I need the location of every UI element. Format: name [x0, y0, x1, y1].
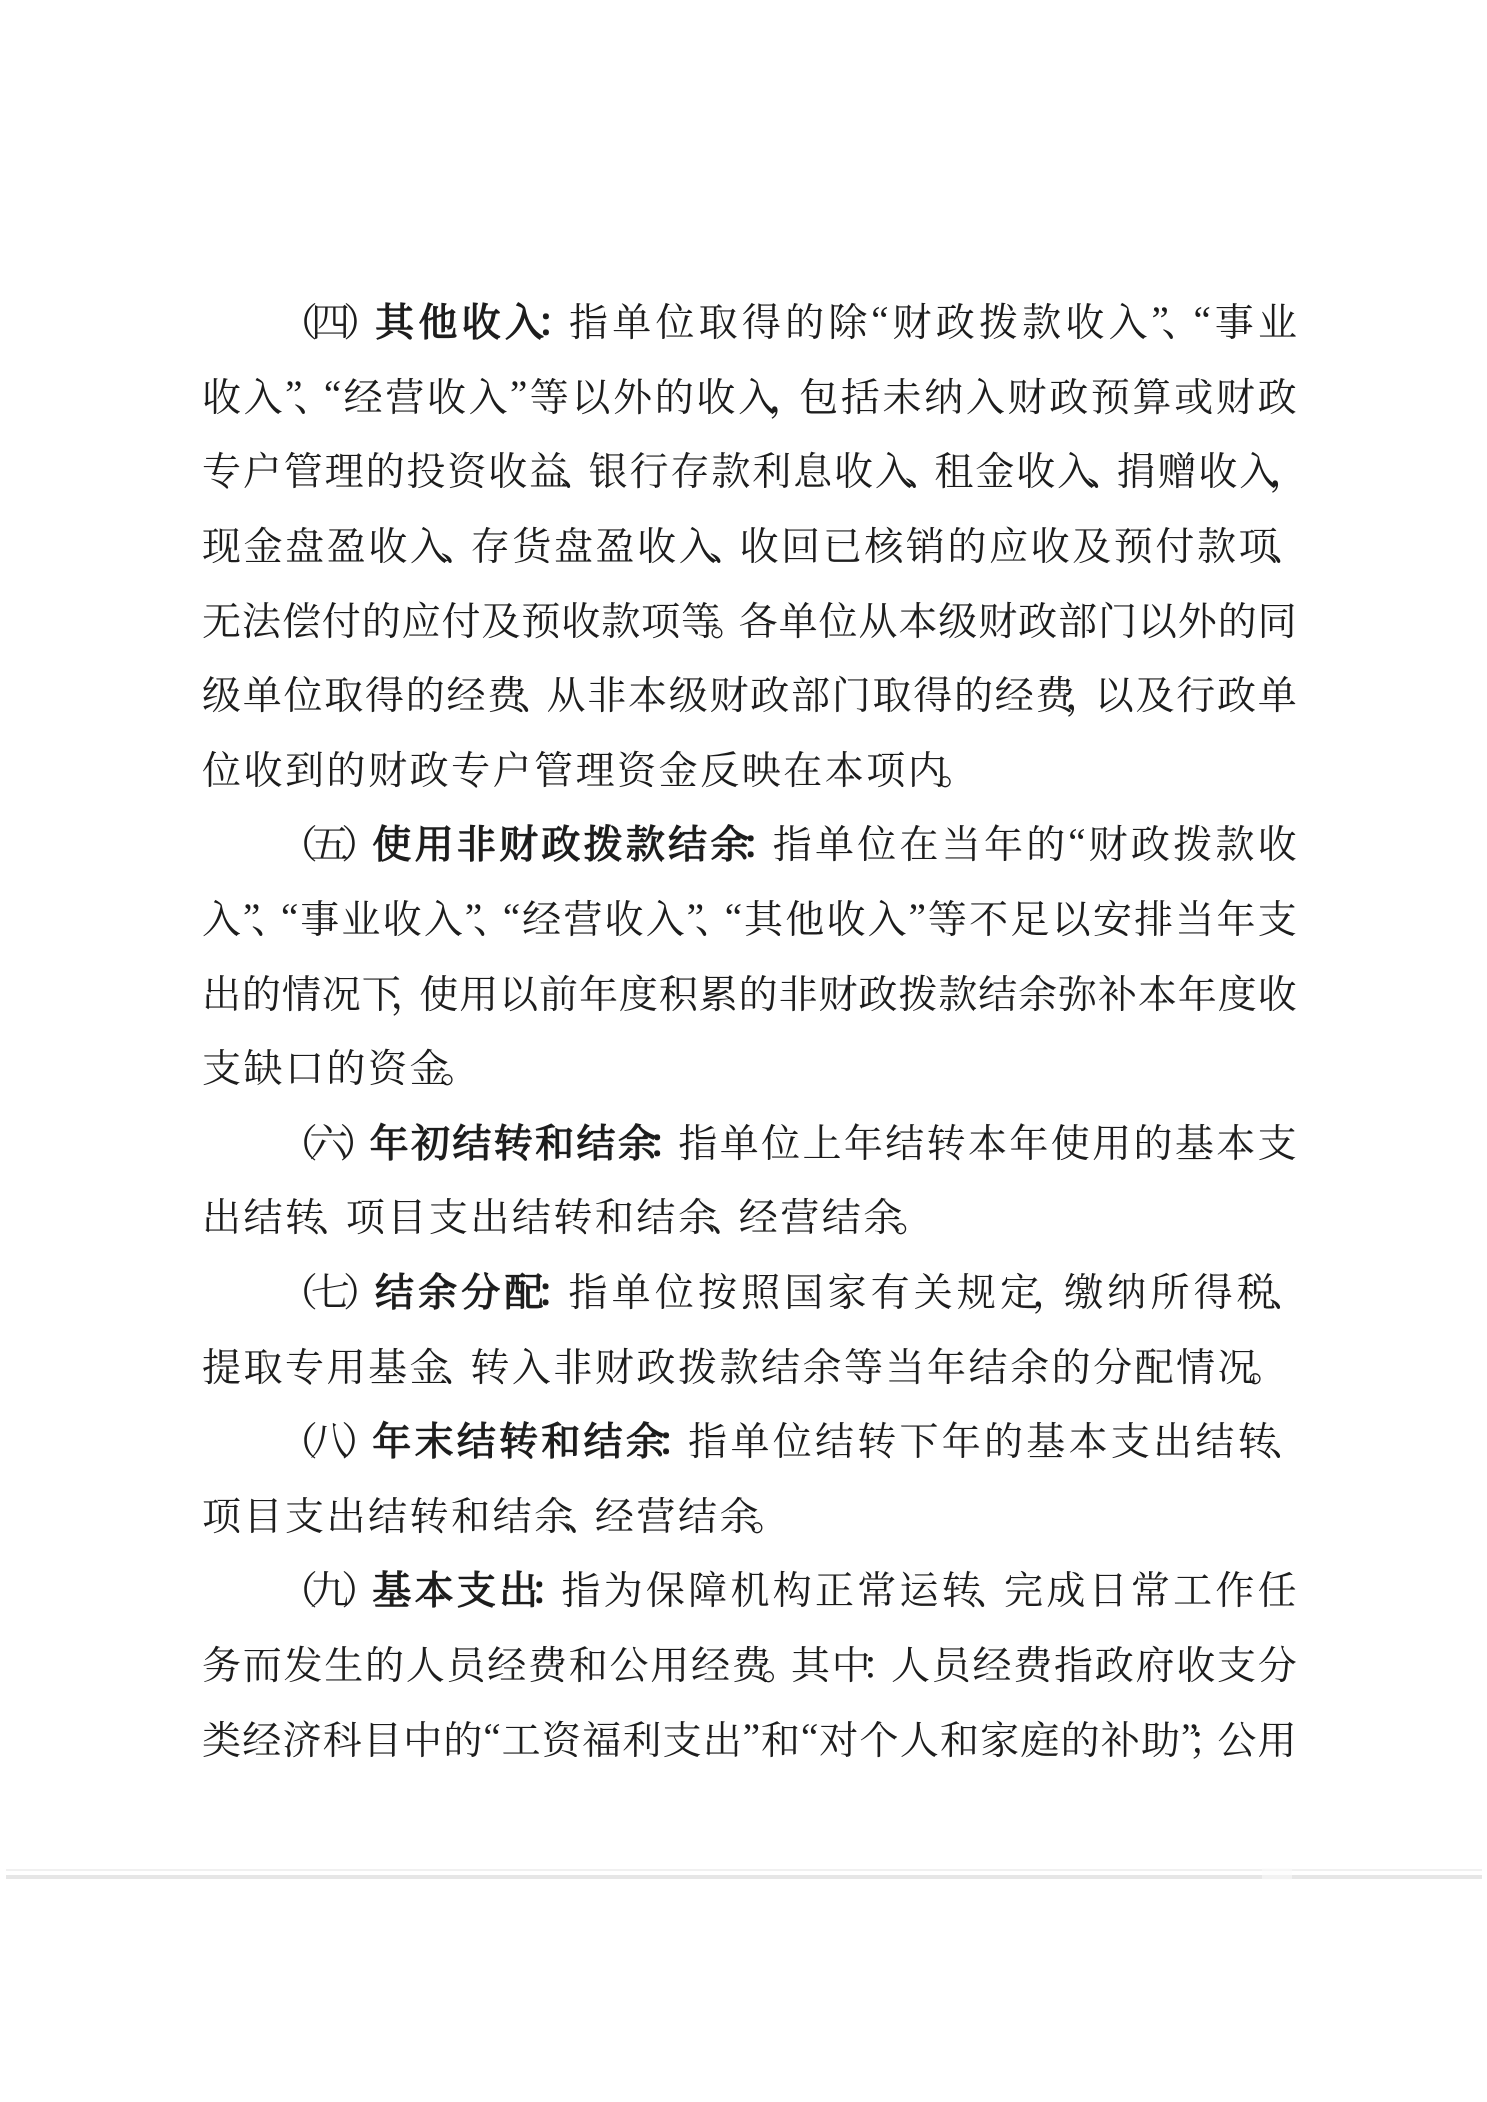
glyph: 的 — [785, 292, 824, 348]
glyph: 个 — [859, 1710, 898, 1766]
glyph: 核 — [864, 516, 903, 572]
glyph: 政 — [1217, 665, 1256, 721]
glyph: 本 — [898, 591, 937, 647]
glyph: 经 — [522, 889, 561, 945]
glyph: 结 — [368, 1486, 407, 1542]
glyph: 上 — [803, 1113, 842, 1169]
glyph: 支 — [1258, 1113, 1297, 1169]
term-glyph: 年 — [372, 1411, 411, 1467]
text-line: 务而发生的人员经费和公用经费。其中：人员经费指政府收支分 — [202, 1626, 1297, 1701]
text-line: 出结转、项目支出结转和结余、经营结余。 — [202, 1178, 1297, 1253]
glyph: 转 — [857, 1411, 896, 1467]
glyph: 资 — [368, 1038, 407, 1094]
glyph: 偿 — [282, 591, 321, 647]
glyph: 他 — [785, 889, 824, 945]
glyph: 余 — [1010, 1337, 1049, 1393]
glyph: 经 — [995, 665, 1034, 721]
glyph: 利 — [622, 1710, 661, 1766]
glyph: 补 — [1101, 1710, 1140, 1766]
glyph: 政 — [1049, 367, 1088, 423]
glyph: 捐 — [1117, 441, 1156, 497]
term-glyph: 结 — [577, 1113, 616, 1169]
glyph: 管 — [534, 740, 573, 796]
glyph: 拨 — [1173, 814, 1212, 870]
text-line: （六）年初结转和结余：指单位上年结转本年使用的基本支 — [202, 1104, 1297, 1179]
glyph: 单 — [243, 665, 282, 721]
glyph: 拨 — [979, 292, 1018, 348]
glyph: 中 — [403, 1710, 442, 1766]
glyph: 人 — [900, 1710, 939, 1766]
glyph: ） — [351, 1113, 368, 1169]
glyph: 收 — [427, 367, 466, 423]
glyph: 结 — [885, 1113, 924, 1169]
glyph: 的 — [362, 591, 401, 647]
glyph: 款 — [1215, 814, 1254, 870]
glyph: 投 — [406, 441, 445, 497]
glyph: 收 — [1176, 1635, 1215, 1691]
glyph: 的 — [655, 367, 694, 423]
glyph: 的 — [365, 1635, 404, 1691]
glyph: 的 — [443, 1710, 482, 1766]
glyph: ， — [1076, 665, 1093, 721]
glyph: 支 — [285, 1486, 324, 1542]
glyph: 外 — [1178, 591, 1217, 647]
glyph: 成 — [1046, 1560, 1085, 1616]
glyph: 位 — [761, 1113, 800, 1169]
glyph: 和 — [940, 1710, 979, 1766]
glyph: 外 — [613, 367, 652, 423]
glyph: 的 — [947, 516, 986, 572]
glyph: 入 — [512, 1337, 551, 1393]
glyph: 前 — [539, 964, 578, 1020]
glyph: 收 — [740, 516, 779, 572]
glyph: 及 — [1136, 665, 1175, 721]
glyph: 位 — [655, 1262, 694, 1318]
glyph: 预 — [1114, 516, 1153, 572]
glyph: 的 — [1218, 591, 1257, 647]
glyph: 的 — [1134, 1113, 1173, 1169]
glyph: 对 — [819, 1710, 858, 1766]
term-glyph: 结 — [452, 1113, 491, 1169]
glyph: 存 — [471, 516, 510, 572]
glyph: 位 — [284, 665, 323, 721]
glyph: 、 — [1280, 1262, 1297, 1318]
glyph: 务 — [202, 1635, 241, 1691]
glyph: 其 — [791, 1635, 830, 1691]
glyph: 年 — [1009, 1113, 1048, 1169]
glyph: 的 — [327, 1038, 366, 1094]
glyph: 从 — [858, 591, 897, 647]
term-glyph: 收 — [462, 292, 501, 348]
glyph: 的 — [406, 665, 445, 721]
glyph: 财 — [1216, 367, 1255, 423]
glyph: 款 — [711, 441, 750, 497]
glyph: 所 — [1150, 1262, 1189, 1318]
glyph: ： — [873, 1635, 890, 1691]
glyph: 员 — [932, 1635, 971, 1691]
glyph: 政 — [636, 1337, 675, 1393]
glyph: 结 — [1195, 1411, 1234, 1467]
glyph: 情 — [1176, 1337, 1215, 1393]
glyph: 部 — [1058, 591, 1097, 647]
glyph: 、 — [576, 1486, 593, 1542]
glyph: 位 — [819, 591, 858, 647]
glyph: 常 — [857, 1560, 896, 1616]
glyph: 。 — [1259, 1337, 1276, 1393]
glyph: 非 — [587, 665, 626, 721]
glyph: 转 — [553, 1187, 592, 1243]
glyph: 位 — [655, 292, 694, 348]
glyph: 专 — [285, 1337, 324, 1393]
glyph: 单 — [779, 591, 818, 647]
term-glyph: 政 — [541, 814, 580, 870]
glyph: 按 — [698, 1262, 737, 1318]
glyph: 日 — [1089, 1560, 1128, 1616]
glyph: 单 — [815, 814, 854, 870]
glyph: 到 — [285, 740, 324, 796]
glyph: 任 — [1258, 1560, 1297, 1616]
glyph: 理 — [325, 441, 364, 497]
glyph: 以 — [1095, 665, 1134, 721]
glyph: 等 — [844, 1337, 883, 1393]
glyph: 反 — [700, 740, 739, 796]
glyph: 付 — [322, 591, 361, 647]
glyph: 括 — [841, 367, 880, 423]
term-glyph: 他 — [418, 292, 457, 348]
glyph: 结 — [815, 1411, 854, 1467]
term-glyph: ： — [659, 1113, 676, 1169]
glyph: 预 — [521, 591, 560, 647]
glyph: 收 — [826, 889, 865, 945]
glyph: 人 — [891, 1635, 930, 1691]
glyph: 国 — [784, 1262, 823, 1318]
glyph: 应 — [402, 591, 441, 647]
glyph: 当 — [942, 814, 981, 870]
glyph: ； — [1199, 1710, 1216, 1766]
glyph: 取 — [324, 665, 363, 721]
glyph: 发 — [284, 1635, 323, 1691]
glyph: 目 — [387, 1187, 426, 1243]
glyph: 年 — [927, 1337, 966, 1393]
text-block: （四）其他收入：指单位取得的除“财政拨款收入”、“事业收入”、“经营收入”等以外… — [202, 283, 1297, 1775]
glyph: 年 — [844, 1113, 883, 1169]
glyph: 同 — [1258, 591, 1297, 647]
page-divider-line — [6, 1869, 1482, 1871]
glyph: 费 — [1013, 1635, 1052, 1691]
glyph: 的 — [984, 1411, 1023, 1467]
glyph: “ — [484, 1715, 501, 1760]
glyph: 不 — [969, 889, 1008, 945]
glyph: 常 — [1131, 1560, 1170, 1616]
glyph: 员 — [447, 1635, 486, 1691]
glyph: 赠 — [1158, 441, 1197, 497]
glyph: 、 — [451, 516, 468, 572]
glyph: 家 — [980, 1710, 1019, 1766]
glyph: 纳 — [1107, 1262, 1146, 1318]
glyph: 完 — [1004, 1560, 1043, 1616]
glyph: 和 — [451, 1486, 490, 1542]
glyph: 的 — [327, 740, 366, 796]
glyph: ” — [743, 1715, 760, 1760]
glyph: 度 — [619, 964, 658, 1020]
glyph: 款 — [719, 1337, 758, 1393]
glyph: 位 — [857, 814, 896, 870]
glyph: 指 — [688, 1411, 727, 1467]
glyph: 和 — [569, 1635, 608, 1691]
glyph: 收 — [1031, 516, 1070, 572]
glyph: 入 — [202, 889, 241, 945]
glyph: 工 — [1173, 1560, 1212, 1616]
glyph: 本 — [628, 665, 667, 721]
glyph: 算 — [1133, 367, 1172, 423]
glyph: 收 — [202, 367, 241, 423]
glyph: 款 — [601, 591, 640, 647]
text-line: （七）结余分配：指单位按照国家有关规定，缴纳所得税、 — [202, 1253, 1297, 1328]
glyph: 提 — [202, 1337, 241, 1393]
term-glyph: 余 — [418, 1262, 457, 1318]
glyph: 结 — [512, 1187, 551, 1243]
glyph: 专 — [202, 441, 241, 497]
glyph: 的 — [366, 441, 405, 497]
glyph: 包 — [799, 367, 838, 423]
glyph: 用 — [650, 1635, 689, 1691]
glyph: 和 — [595, 1187, 634, 1243]
glyph: ） — [354, 292, 371, 348]
glyph: 的 — [739, 964, 778, 1020]
glyph: 照 — [741, 1262, 780, 1318]
glyph: 转 — [470, 1337, 509, 1393]
glyph: 、 — [570, 441, 587, 497]
glyph: 收 — [368, 516, 407, 572]
glyph: 政 — [1258, 367, 1297, 423]
glyph: 入 — [244, 367, 283, 423]
glyph: 结 — [761, 1337, 800, 1393]
glyph: 货 — [512, 516, 551, 572]
glyph: 结 — [244, 1187, 283, 1243]
glyph: 。 — [773, 1635, 790, 1691]
glyph: 专 — [451, 740, 490, 796]
glyph: 付 — [442, 591, 481, 647]
glyph: 盈 — [327, 516, 366, 572]
glyph: 人 — [406, 1635, 445, 1691]
glyph: 安 — [1093, 889, 1132, 945]
glyph: 资 — [617, 740, 656, 796]
glyph: “ — [1069, 820, 1086, 865]
glyph: 收 — [1065, 292, 1104, 348]
glyph: 工 — [502, 1710, 541, 1766]
glyph: 的 — [1052, 1337, 1091, 1393]
glyph: 费 — [528, 1635, 567, 1691]
glyph: 财 — [368, 740, 407, 796]
glyph: 下 — [900, 1411, 939, 1467]
glyph: 取 — [699, 292, 738, 348]
glyph: 经 — [242, 1710, 281, 1766]
glyph: 支 — [1258, 889, 1297, 945]
glyph: 资 — [447, 441, 486, 497]
glyph: 财 — [893, 292, 932, 348]
glyph: 支 — [202, 1038, 241, 1094]
glyph: 转 — [410, 1486, 449, 1542]
glyph: 收 — [561, 591, 600, 647]
glyph: 行 — [630, 441, 669, 497]
glyph: 映 — [742, 740, 781, 796]
glyph: 支 — [429, 1187, 468, 1243]
glyph: 用 — [1092, 1113, 1131, 1169]
glyph: 非 — [553, 1337, 592, 1393]
glyph: ， — [1280, 441, 1297, 497]
glyph: 收 — [696, 367, 735, 423]
glyph: 法 — [242, 591, 281, 647]
glyph: ， — [402, 964, 419, 1020]
glyph: 口 — [285, 1038, 324, 1094]
glyph: 各 — [739, 591, 778, 647]
glyph: 经 — [973, 1635, 1012, 1691]
glyph: 。 — [451, 1038, 468, 1094]
glyph: 金 — [244, 516, 283, 572]
glyph: 本 — [968, 1113, 1007, 1169]
text-line: 位收到的财政专户管理资金反映在本项内。 — [202, 731, 1297, 806]
glyph: 拨 — [678, 1337, 717, 1393]
glyph: 足 — [1010, 889, 1049, 945]
glyph: 款 — [938, 964, 977, 1020]
glyph: 支 — [1111, 1411, 1150, 1467]
glyph: 目 — [244, 1486, 283, 1542]
glyph: “ — [872, 298, 889, 343]
glyph: 、 — [719, 1187, 736, 1243]
glyph: 入 — [424, 889, 463, 945]
glyph: 、 — [305, 367, 322, 423]
glyph: 的 — [954, 665, 993, 721]
glyph: 年 — [942, 1411, 981, 1467]
glyph: 盘 — [554, 516, 593, 572]
glyph: ， — [1043, 1262, 1060, 1318]
glyph: 累 — [699, 964, 738, 1020]
glyph: 缺 — [244, 1038, 283, 1094]
glyph: 基 — [1175, 1113, 1214, 1169]
glyph: 项 — [202, 1486, 241, 1542]
glyph: 存 — [670, 441, 709, 497]
glyph: 政 — [858, 964, 897, 1020]
glyph: 缴 — [1064, 1262, 1103, 1318]
glyph: 正 — [815, 1560, 854, 1616]
term-glyph: 初 — [411, 1113, 450, 1169]
glyph: 门 — [1098, 591, 1137, 647]
glyph: 从 — [547, 665, 586, 721]
glyph: 排 — [1134, 889, 1173, 945]
glyph: 收 — [605, 889, 644, 945]
term-glyph: 转 — [499, 1411, 538, 1467]
glyph: 而 — [243, 1635, 282, 1691]
glyph: 纳 — [924, 367, 963, 423]
term-glyph: 结 — [457, 1411, 496, 1467]
glyph: 政 — [410, 740, 449, 796]
text-line: （八）年末结转和结余：指单位结转下年的基本支出结转、 — [202, 1402, 1297, 1477]
term-glyph: 支 — [457, 1560, 496, 1616]
glyph: 以 — [499, 964, 538, 1020]
glyph: ） — [352, 1560, 369, 1616]
glyph: 租 — [934, 441, 973, 497]
glyph: 用 — [459, 964, 498, 1020]
glyph: 门 — [832, 665, 871, 721]
glyph: 营 — [385, 367, 424, 423]
glyph: ） — [354, 1262, 371, 1318]
glyph: 补 — [1098, 964, 1137, 1020]
glyph: 出 — [1153, 1411, 1192, 1467]
glyph: （ — [290, 814, 307, 870]
glyph: 营 — [780, 1187, 819, 1243]
glyph: 、 — [984, 1560, 1001, 1616]
glyph: 项 — [641, 591, 680, 647]
glyph: 出 — [703, 1710, 742, 1766]
glyph: 入 — [469, 367, 508, 423]
term-glyph: 其 — [375, 292, 414, 348]
glyph: 入 — [868, 889, 907, 945]
glyph: 单 — [612, 1262, 651, 1318]
glyph: 。 — [721, 591, 738, 647]
glyph: 项 — [346, 1187, 385, 1243]
glyph: 收 — [834, 441, 873, 497]
glyph: 构 — [773, 1560, 812, 1616]
glyph: 营 — [636, 1486, 675, 1542]
glyph: 结 — [822, 1187, 861, 1243]
glyph: 运 — [900, 1560, 939, 1616]
term-glyph: 拨 — [584, 814, 623, 870]
text-line: 专户管理的投资收益、银行存款利息收入、租金收入、捐赠收入， — [202, 432, 1297, 507]
glyph: 政 — [1131, 814, 1170, 870]
glyph: 及 — [1072, 516, 1111, 572]
glyph: 利 — [752, 441, 791, 497]
glyph: 财 — [978, 591, 1017, 647]
term-glyph: 款 — [626, 814, 665, 870]
glyph: 年 — [1178, 964, 1217, 1020]
glyph: 、 — [1173, 292, 1190, 348]
glyph: 、 — [706, 889, 723, 945]
glyph: 、 — [720, 516, 737, 572]
text-line: 类经济科目中的“工资福利支出”和“对个人和家庭的补助”；公用 — [202, 1700, 1297, 1775]
glyph: 出 — [202, 964, 241, 1020]
glyph: （ — [290, 1560, 307, 1616]
glyph: 位 — [773, 1411, 812, 1467]
glyph: 弥 — [1058, 964, 1097, 1020]
glyph: 公 — [610, 1635, 649, 1691]
glyph: 项 — [866, 740, 905, 796]
glyph: 余 — [802, 1337, 841, 1393]
glyph: 理 — [576, 740, 615, 796]
glyph: 规 — [957, 1262, 996, 1318]
glyph: 政 — [750, 665, 789, 721]
glyph: 户 — [243, 441, 282, 497]
glyph: 余 — [1018, 964, 1057, 1020]
glyph: 指 — [678, 1113, 717, 1169]
glyph: 。 — [949, 740, 966, 796]
glyph: 得 — [1194, 1262, 1233, 1318]
glyph: 盈 — [596, 516, 635, 572]
glyph: 障 — [688, 1560, 727, 1616]
term-glyph: 结 — [375, 1262, 414, 1318]
glyph: 金 — [659, 740, 698, 796]
glyph: 转 — [927, 1113, 966, 1169]
term-glyph: 用 — [415, 814, 454, 870]
glyph: 等 — [928, 889, 967, 945]
glyph: 以 — [571, 367, 610, 423]
glyph: 支 — [663, 1710, 702, 1766]
glyph: 经 — [595, 1486, 634, 1542]
glyph: 金 — [975, 441, 1014, 497]
glyph: 财 — [710, 665, 749, 721]
glyph: 、 — [1280, 1411, 1297, 1467]
glyph: 本 — [1138, 964, 1177, 1020]
glyph: 付 — [1155, 516, 1194, 572]
